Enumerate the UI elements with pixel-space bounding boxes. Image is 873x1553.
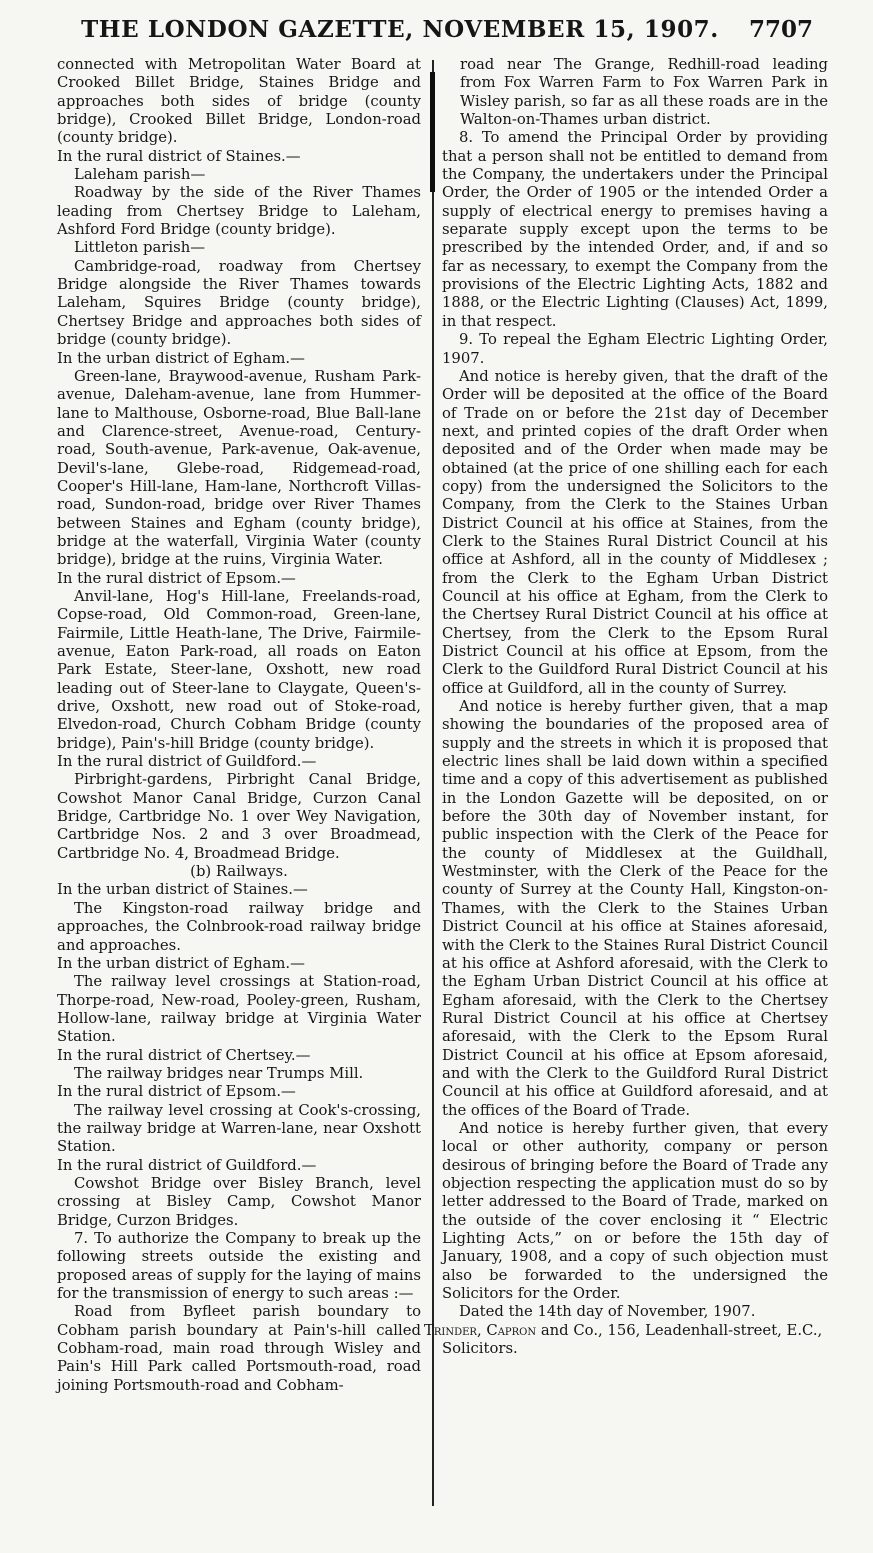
body-paragraph: Green-lane, Braywood-avenue, Rusham Park… [57, 368, 421, 570]
district-heading: In the rural district of Guildford.— [57, 753, 421, 771]
district-heading: In the urban district of Staines.— [57, 881, 421, 899]
body-paragraph: Road from Byfleet parish boundary to Cob… [57, 1303, 421, 1395]
body-paragraph: The railway level crossings at Station-r… [57, 973, 421, 1046]
district-heading: In the rural district of Staines.— [57, 148, 421, 166]
notice-paragraph: And notice is hereby further given, that… [442, 1120, 828, 1303]
district-heading: In the rural district of Chertsey.— [57, 1047, 421, 1065]
signature-separator: , [477, 1322, 486, 1339]
notice-paragraph: And notice is hereby further given, that… [442, 698, 828, 1120]
signature: Trinder, Capron and Co., 156, Leadenhall… [442, 1322, 828, 1359]
railways-section-heading: (b) Railways. [57, 863, 421, 881]
parish-heading: Littleton parish— [57, 239, 421, 257]
body-paragraph: Cowshot Bridge over Bisley Branch, level… [57, 1175, 421, 1230]
signature-firm-name-1: Trinder [424, 1322, 477, 1339]
signature-firm-name-2: Capron [486, 1322, 536, 1339]
body-paragraph: Cambridge-road, roadway from Chertsey Br… [57, 258, 421, 350]
column-divider-rule [432, 60, 434, 1506]
district-heading: In the urban district of Egham.— [57, 955, 421, 973]
notice-paragraph: And notice is hereby given, that the dra… [442, 368, 828, 698]
clause-9-paragraph: 9. To repeal the Egham Electric Lighting… [442, 331, 828, 368]
body-paragraph: The railway level crossing at Cook's-cro… [57, 1102, 421, 1157]
page-number: 7707 [749, 16, 813, 43]
body-paragraph: The railway bridges near Trumps Mill. [57, 1065, 421, 1083]
gazette-title: THE LONDON GAZETTE, NOVEMBER 15, 1907. [0, 16, 800, 43]
clause-8-paragraph: 8. To amend the Principal Order by provi… [442, 129, 828, 331]
parish-heading: Laleham parish— [57, 166, 421, 184]
body-paragraph: connected with Metropolitan Water Board … [57, 56, 421, 148]
district-heading: In the rural district of Epsom.— [57, 570, 421, 588]
column-divider-thick-segment [430, 72, 435, 192]
clause-7-paragraph: 7. To authorize the Company to break up … [57, 1230, 421, 1303]
left-column: connected with Metropolitan Water Board … [57, 56, 421, 1395]
body-paragraph: Roadway by the side of the River Thames … [57, 184, 421, 239]
district-heading: In the urban district of Egham.— [57, 350, 421, 368]
district-heading: In the rural district of Epsom.— [57, 1083, 421, 1101]
dated-line: Dated the 14th day of November, 1907. [442, 1303, 828, 1321]
gazette-page: THE LONDON GAZETTE, NOVEMBER 15, 1907. 7… [0, 0, 873, 1553]
district-heading: In the rural district of Guildford.— [57, 1157, 421, 1175]
body-paragraph: Anvil-lane, Hog's Hill-lane, Freelands-r… [57, 588, 421, 753]
body-paragraph: road near The Grange, Redhill-road leadi… [442, 56, 828, 129]
body-paragraph: Pirbright-gardens, Pirbright Canal Bridg… [57, 771, 421, 863]
body-paragraph: The Kingston-road railway bridge and app… [57, 900, 421, 955]
right-column: road near The Grange, Redhill-road leadi… [442, 56, 828, 1358]
